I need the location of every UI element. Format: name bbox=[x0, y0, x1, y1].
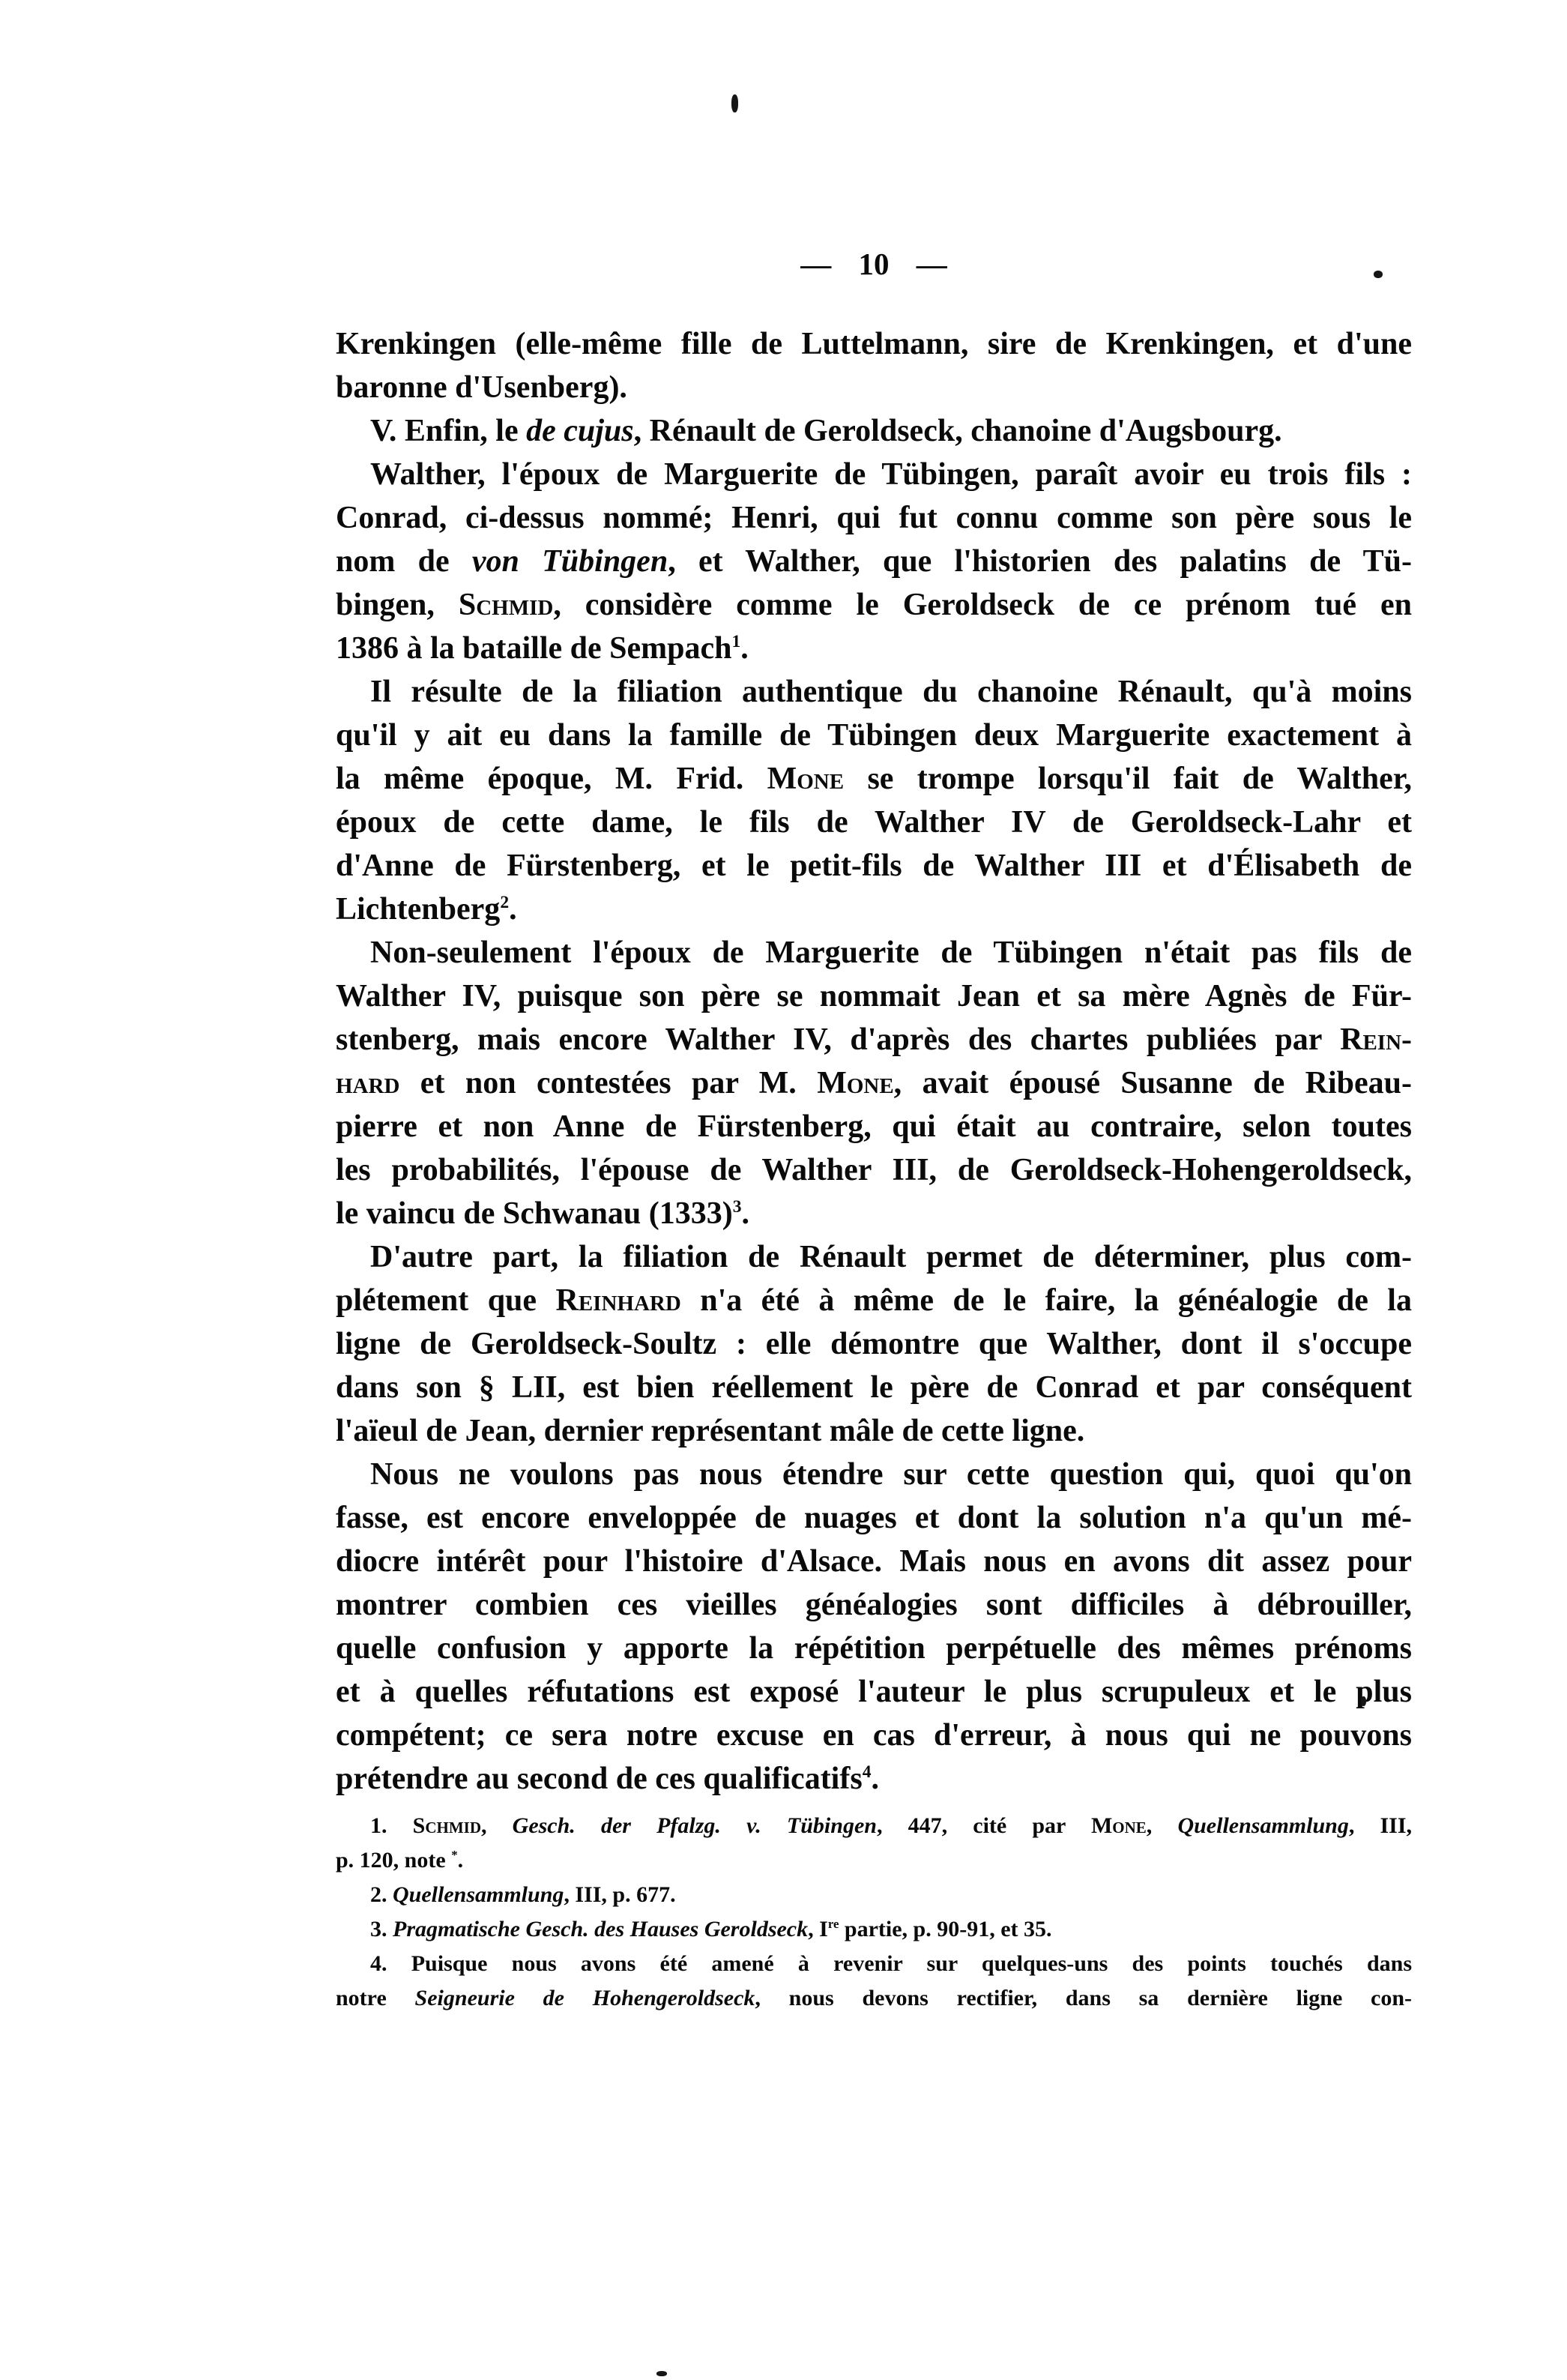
text-run: V. Enfin, le bbox=[370, 414, 526, 448]
text-run: , 447, cité par bbox=[877, 1813, 1091, 1838]
text-run: Conrad, ci-dessus nommé; Henri, qui fut … bbox=[336, 501, 1412, 535]
text-run: notre bbox=[336, 1986, 415, 2010]
text-run: montrer combien ces vieilles généalogies… bbox=[336, 1588, 1412, 1622]
italic-text: de cujus bbox=[526, 414, 634, 448]
footnote-reference: 4 bbox=[863, 1762, 872, 1782]
italic-text: von Tübingen bbox=[472, 544, 668, 579]
text-run: , et Walther, que l'historien des palati… bbox=[668, 544, 1412, 579]
text-run: le vaincu de Schwanau (1333) bbox=[336, 1196, 733, 1231]
italic-text: Quellensammlung bbox=[1177, 1813, 1348, 1838]
text-run: . bbox=[741, 1196, 749, 1231]
body-text-line: stenberg, mais encore Walther IV, d'aprè… bbox=[336, 1018, 1412, 1061]
text-run: Nous ne voulons pas nous étendre sur cet… bbox=[370, 1457, 1412, 1492]
text-run: prétendre au second de ces qualificatifs bbox=[336, 1762, 863, 1796]
body-text-line: 1386 à la bataille de Sempach1. bbox=[336, 627, 1412, 670]
smallcaps-name: hard bbox=[336, 1066, 399, 1100]
body-text-line: pierre et non Anne de Fürstenberg, qui é… bbox=[336, 1105, 1412, 1148]
smallcaps-name: Schmid bbox=[459, 588, 553, 622]
text-run: , I bbox=[808, 1917, 828, 1941]
text-run: Krenkingen (elle-même fille de Luttelman… bbox=[336, 327, 1412, 361]
page-body: Krenkingen (elle-même fille de Luttelman… bbox=[336, 322, 1412, 1801]
footnote-line: 3. Pragmatische Gesch. des Hauses Gerold… bbox=[336, 1912, 1412, 1947]
text-run: bingen, bbox=[336, 588, 459, 622]
text-run: quelle confusion y apporte la répétition… bbox=[336, 1631, 1412, 1666]
smallcaps-name: Mone bbox=[817, 1066, 893, 1100]
body-text-line: plétement que Reinhard n'a été à même de… bbox=[336, 1279, 1412, 1322]
text-run: 2. bbox=[370, 1882, 393, 1907]
footnote-reference: re bbox=[828, 1917, 839, 1931]
body-text-line: baronne d'Usenberg). bbox=[336, 366, 1412, 409]
text-run: les probabilités, l'épouse de Walther II… bbox=[336, 1153, 1412, 1187]
text-run: . bbox=[509, 892, 517, 927]
body-text-line: dans son § LII, est bien réellement le p… bbox=[336, 1366, 1412, 1409]
text-run: dans son § LII, est bien réellement le p… bbox=[336, 1370, 1412, 1405]
text-run: , considère comme le Geroldseck de ce pr… bbox=[553, 588, 1412, 622]
text-run: p. 120, note bbox=[336, 1848, 451, 1873]
body-text-line: le vaincu de Schwanau (1333)3. bbox=[336, 1192, 1412, 1235]
ink-speck bbox=[1361, 1696, 1366, 1706]
footnote-line: 1. Schmid, Gesch. der Pfalzg. v. Tübinge… bbox=[336, 1809, 1412, 1843]
text-run: la même époque, M. Frid. bbox=[336, 762, 767, 796]
text-run: 4. Puisque nous avons été amené à reveni… bbox=[370, 1951, 1412, 1976]
footnote-reference: 2 bbox=[500, 893, 509, 912]
text-run: fasse, est encore enveloppée de nuages e… bbox=[336, 1501, 1412, 1535]
text-run: . bbox=[458, 1848, 464, 1873]
smallcaps-name: Reinhard bbox=[555, 1283, 680, 1318]
body-text-line: Lichtenberg2. bbox=[336, 888, 1412, 931]
text-run: d'Anne de Fürstenberg, et le petit-fils … bbox=[336, 849, 1412, 883]
body-text-line: l'aïeul de Jean, dernier représentant mâ… bbox=[336, 1409, 1412, 1453]
text-run: 1. bbox=[370, 1813, 413, 1838]
text-run: , III, p. 677. bbox=[564, 1882, 675, 1907]
text-run: 3. bbox=[370, 1917, 393, 1941]
body-text-line: V. Enfin, le de cujus, Rénault de Gerold… bbox=[336, 409, 1412, 453]
body-text-line: qu'il y ait eu dans la famille de Tübing… bbox=[336, 714, 1412, 757]
text-run: . bbox=[871, 1762, 879, 1796]
footnote-line: 4. Puisque nous avons été amené à reveni… bbox=[336, 1947, 1412, 1981]
text-run: D'autre part, la filiation de Rénault pe… bbox=[370, 1240, 1412, 1274]
footnote-reference: * bbox=[451, 1848, 457, 1862]
body-text-line: bingen, Schmid, considère comme le Gerol… bbox=[336, 583, 1412, 627]
text-run: stenberg, mais encore Walther IV, d'aprè… bbox=[336, 1022, 1340, 1057]
body-text-line: Krenkingen (elle-même fille de Luttelman… bbox=[336, 322, 1412, 366]
body-text-line: les probabilités, l'épouse de Walther II… bbox=[336, 1148, 1412, 1192]
body-text-line: et à quelles réfutations est exposé l'au… bbox=[336, 1670, 1412, 1714]
body-text-line: Walther, l'époux de Marguerite de Tübing… bbox=[336, 453, 1412, 496]
body-text-line: nom de von Tübingen, et Walther, que l'h… bbox=[336, 540, 1412, 583]
scanned-book-page: — 10 — Krenkingen (elle-même fille de Lu… bbox=[0, 0, 1567, 2380]
body-text-line: Il résulte de la filiation authentique d… bbox=[336, 670, 1412, 714]
text-run: diocre intérêt pour l'histoire d'Alsace.… bbox=[336, 1544, 1412, 1579]
body-text-line: Conrad, ci-dessus nommé; Henri, qui fut … bbox=[336, 496, 1412, 540]
body-text-line: la même époque, M. Frid. Mone se trompe … bbox=[336, 757, 1412, 801]
italic-text: Pragmatische Gesch. des Hauses Geroldsec… bbox=[393, 1917, 808, 1941]
ink-speck bbox=[656, 2371, 667, 2376]
ink-speck bbox=[731, 94, 738, 112]
smallcaps-name: Mone bbox=[767, 762, 844, 796]
text-run: Il résulte de la filiation authentique d… bbox=[370, 675, 1412, 709]
body-text-line: diocre intérêt pour l'histoire d'Alsace.… bbox=[336, 1540, 1412, 1583]
text-run: Non-seulement l'époux de Marguerite de T… bbox=[370, 936, 1412, 970]
text-run: époux de cette dame, le fils de Walther … bbox=[336, 805, 1412, 840]
text-run: et à quelles réfutations est exposé l'au… bbox=[336, 1675, 1412, 1709]
body-text-line: ligne de Geroldseck-Soultz : elle démont… bbox=[336, 1322, 1412, 1366]
page-number: — 10 — bbox=[336, 246, 1412, 282]
text-run: , nous devons rectifier, dans sa dernièr… bbox=[755, 1986, 1412, 2010]
page-footnotes: 1. Schmid, Gesch. der Pfalzg. v. Tübinge… bbox=[336, 1809, 1412, 2016]
text-run: , bbox=[1147, 1813, 1178, 1838]
footnote-line: notre Seigneurie de Hohengeroldseck, nou… bbox=[336, 1981, 1412, 2016]
text-run: partie, p. 90-91, et 35. bbox=[839, 1917, 1051, 1941]
body-text-line: compétent; ce sera notre excuse en cas d… bbox=[336, 1714, 1412, 1757]
body-text-line: Walther IV, puisque son père se nommait … bbox=[336, 974, 1412, 1018]
text-run: compétent; ce sera notre excuse en cas d… bbox=[336, 1718, 1412, 1753]
text-run: , Rénault de Geroldseck, chanoine d'Augs… bbox=[634, 414, 1282, 448]
footnote-line: 2. Quellensammlung, III, p. 677. bbox=[336, 1878, 1412, 1912]
text-run: 1386 à la bataille de Sempach bbox=[336, 631, 732, 666]
footnote-line: p. 120, note *. bbox=[336, 1843, 1412, 1878]
footnote-reference: 1 bbox=[732, 632, 741, 651]
footnote-reference: 3 bbox=[733, 1197, 742, 1217]
text-run: , bbox=[481, 1813, 513, 1838]
text-run: et non contestées par M. bbox=[399, 1066, 817, 1100]
body-text-line: montrer combien ces vieilles généalogies… bbox=[336, 1583, 1412, 1627]
smallcaps-name: Rein- bbox=[1340, 1022, 1412, 1057]
text-run: , III, bbox=[1349, 1813, 1412, 1838]
text-run: Walther, l'époux de Marguerite de Tübing… bbox=[370, 457, 1412, 492]
smallcaps-name: Schmid bbox=[413, 1813, 481, 1838]
body-text-line: hard et non contestées par M. Mone, avai… bbox=[336, 1061, 1412, 1105]
body-text-line: fasse, est encore enveloppée de nuages e… bbox=[336, 1496, 1412, 1540]
text-run: ligne de Geroldseck-Soultz : elle démont… bbox=[336, 1327, 1412, 1361]
italic-text: Gesch. der Pfalzg. v. Tübingen bbox=[513, 1813, 877, 1838]
text-run: qu'il y ait eu dans la famille de Tübing… bbox=[336, 718, 1412, 753]
body-text-line: D'autre part, la filiation de Rénault pe… bbox=[336, 1235, 1412, 1279]
body-text-line: prétendre au second de ces qualificatifs… bbox=[336, 1757, 1412, 1801]
text-run: se trompe lorsqu'il fait de Walther, bbox=[844, 762, 1412, 796]
body-text-line: d'Anne de Fürstenberg, et le petit-fils … bbox=[336, 844, 1412, 888]
text-run: baronne d'Usenberg). bbox=[336, 370, 627, 405]
ink-speck bbox=[1374, 271, 1383, 278]
text-run: l'aïeul de Jean, dernier représentant mâ… bbox=[336, 1414, 1084, 1448]
italic-text: Seigneurie de Hohengeroldseck bbox=[415, 1986, 755, 2010]
text-run: pierre et non Anne de Fürstenberg, qui é… bbox=[336, 1109, 1412, 1144]
text-run: , avait épousé Susanne de Ribeau- bbox=[894, 1066, 1412, 1100]
body-text-line: quelle confusion y apporte la répétition… bbox=[336, 1627, 1412, 1670]
italic-text: Quellensammlung bbox=[393, 1882, 564, 1907]
text-run: Walther IV, puisque son père se nommait … bbox=[336, 979, 1412, 1013]
body-text-line: Nous ne voulons pas nous étendre sur cet… bbox=[336, 1453, 1412, 1496]
text-run: nom de bbox=[336, 544, 472, 579]
body-text-line: époux de cette dame, le fils de Walther … bbox=[336, 801, 1412, 844]
text-run: plétement que bbox=[336, 1283, 555, 1318]
text-run: n'a été à même de le faire, la généalogi… bbox=[681, 1283, 1412, 1318]
smallcaps-name: Mone bbox=[1091, 1813, 1147, 1838]
text-run: Lichtenberg bbox=[336, 892, 500, 927]
body-text-line: Non-seulement l'époux de Marguerite de T… bbox=[336, 931, 1412, 974]
text-run: . bbox=[740, 631, 749, 666]
